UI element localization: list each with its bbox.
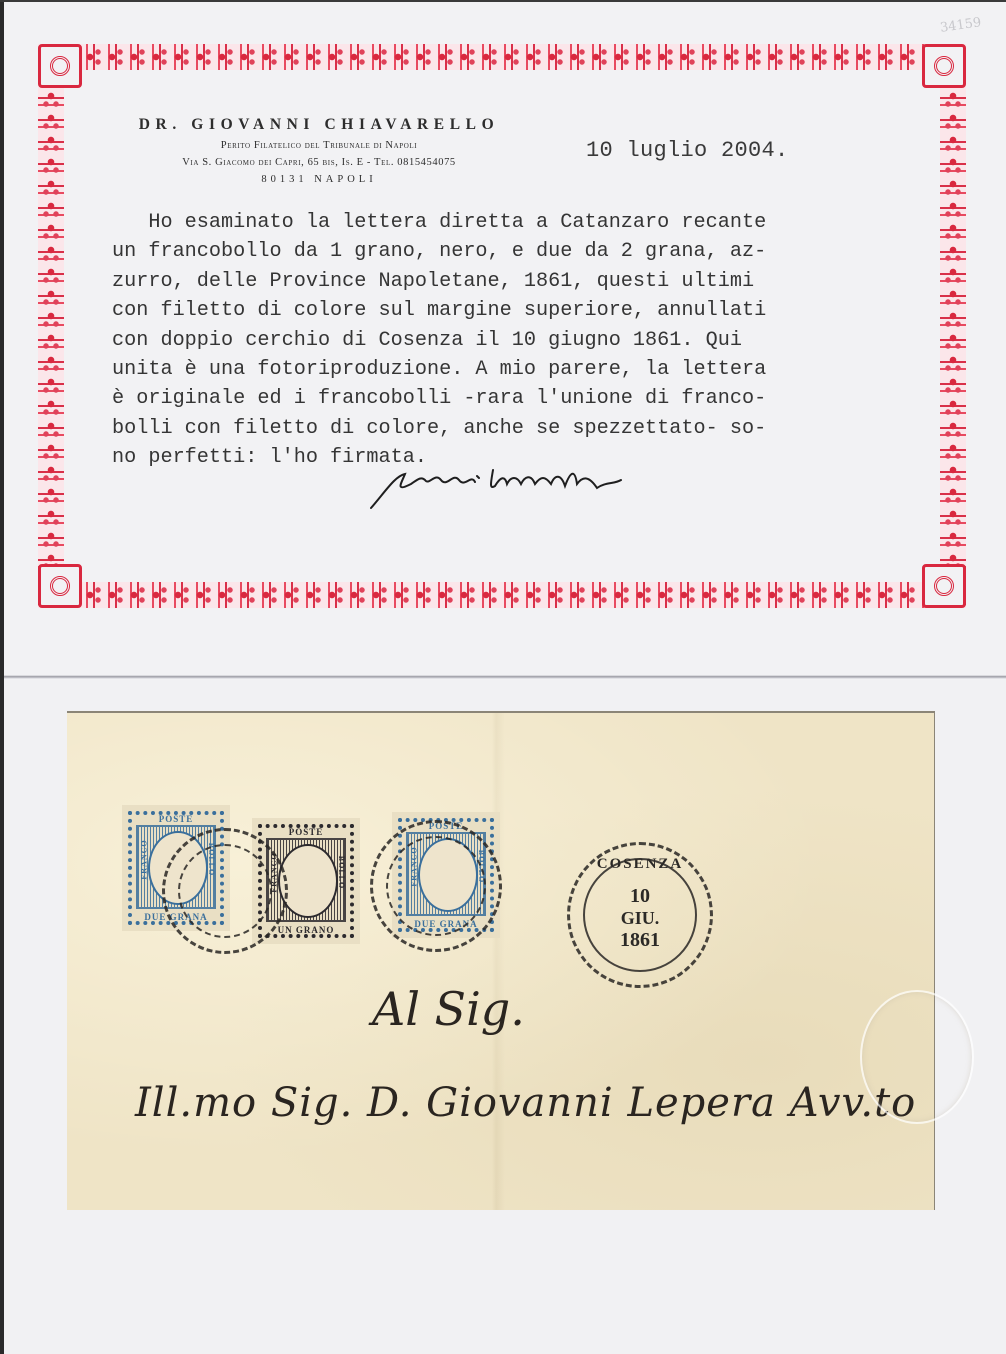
body-line: unita è una fotoriproduzione. A mio pare… — [112, 355, 912, 384]
corner-ornament — [922, 564, 966, 608]
border-left — [38, 44, 64, 608]
cancel-postmark — [370, 820, 502, 952]
corner-ornament — [38, 564, 82, 608]
letterhead: DR. GIOVANNI CHIAVARELLO Perito Filateli… — [82, 116, 556, 188]
body-line: un francobollo da 1 grano, nero, e due d… — [112, 237, 912, 266]
border-bottom — [38, 582, 966, 608]
border-right — [940, 44, 966, 608]
address-salutation: Al Sig. — [372, 982, 525, 1036]
corner-ornament — [922, 44, 966, 88]
body-line: Ho esaminato la lettera diretta a Catanz… — [112, 208, 912, 237]
body-line: con filetto di colore sul margine superi… — [112, 296, 912, 325]
body-line: zurro, delle Province Napoletane, 1861, … — [112, 267, 912, 296]
cancel-postmark — [162, 828, 288, 954]
cosenza-postmark: COSENZA 10 GIU. 1861 — [567, 842, 713, 988]
expert-emboss-seal — [860, 990, 974, 1124]
body-line: bolli con filetto di colore, anche se sp… — [112, 414, 912, 443]
expert-name: DR. GIOVANNI CHIAVARELLO — [82, 116, 556, 134]
certificate-body: Ho esaminato la lettera diretta a Catanz… — [112, 208, 912, 473]
address-recipient: Ill.mo Sig. D. Giovanni Lepera Avv.to — [135, 1080, 916, 1126]
letter-cover — [67, 711, 935, 1210]
body-line: è originale ed i francobolli -rara l'uni… — [112, 384, 912, 413]
body-line: con doppio cerchio di Cosenza il 10 giug… — [112, 326, 912, 355]
border-top — [38, 44, 966, 70]
certificate-date: 10 luglio 2004. — [586, 138, 789, 163]
expert-city: 80131 NAPOLI — [82, 171, 556, 188]
expert-address: Via S. Giacomo dei Capri, 65 bis, Is. E … — [82, 154, 556, 171]
corner-ornament — [38, 44, 82, 88]
signature — [365, 462, 725, 512]
expert-title: Perito Filatelico del Tribunale di Napol… — [82, 137, 556, 154]
fold-line — [4, 675, 1006, 679]
